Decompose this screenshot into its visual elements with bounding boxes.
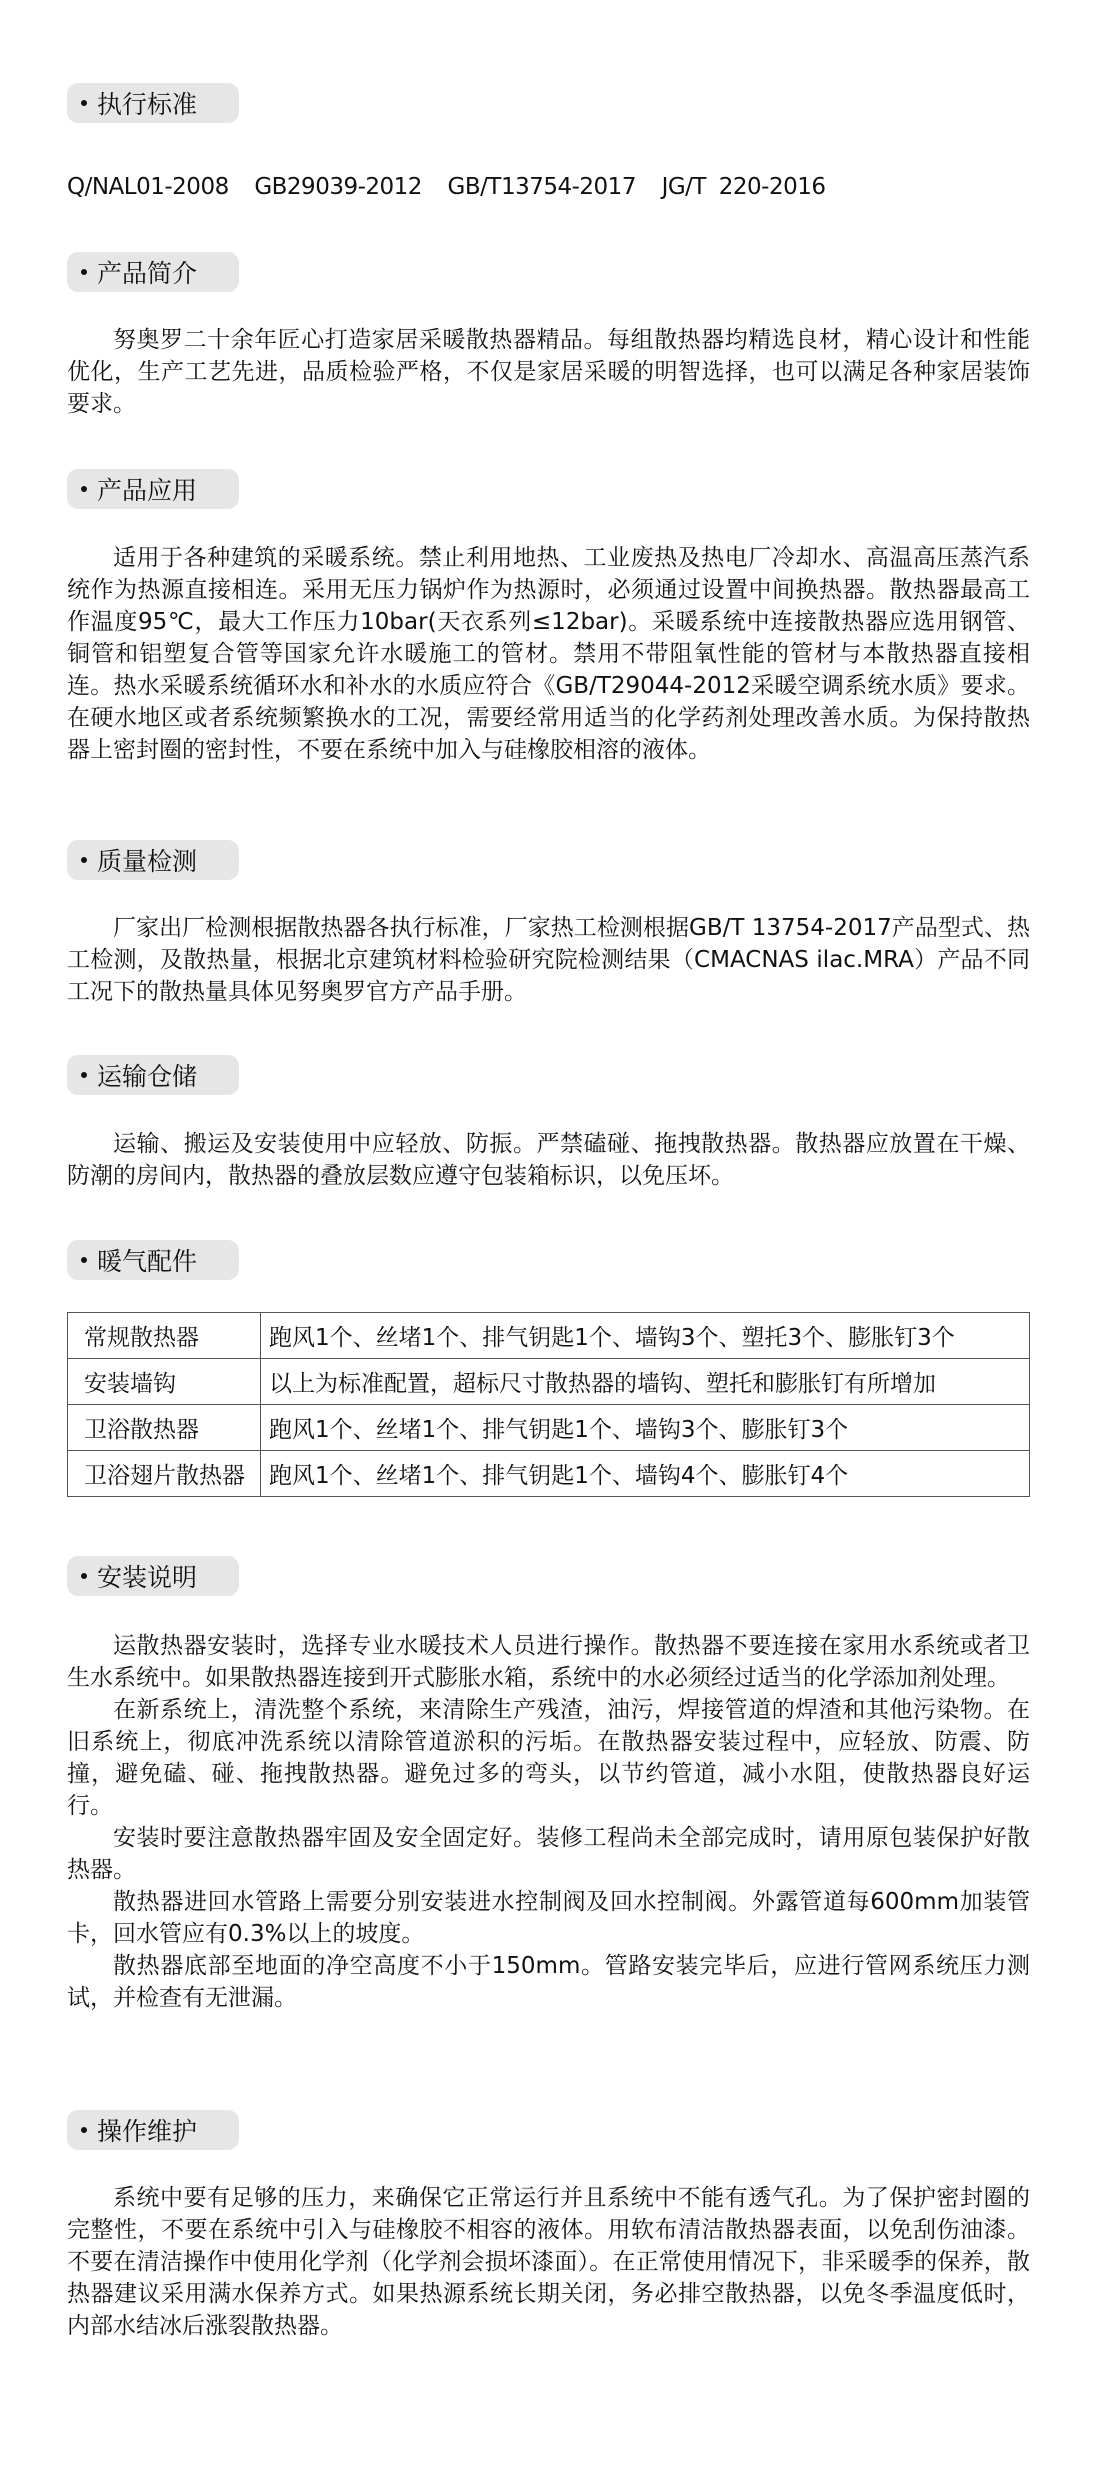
section-title: 暖气配件 (97, 1242, 197, 1278)
accessory-type: 常规散热器 (68, 1313, 261, 1359)
bullet-icon (81, 1573, 87, 1579)
accessory-type: 安装墙钩 (68, 1359, 261, 1405)
section-title: 产品简介 (97, 254, 197, 290)
bullet-icon (81, 1257, 87, 1263)
accessories-table: 常规散热器 跑风1个、丝堵1个、排气钥匙1个、墙钩3个、塑托3个、膨胀钉3个 安… (67, 1312, 1030, 1497)
table-row: 卫浴散热器 跑风1个、丝堵1个、排气钥匙1个、墙钩3个、膨胀钉3个 (68, 1405, 1030, 1451)
table-row: 常规散热器 跑风1个、丝堵1个、排气钥匙1个、墙钩3个、塑托3个、膨胀钉3个 (68, 1313, 1030, 1359)
section-title: 质量检测 (97, 842, 197, 878)
paragraph: 努奥罗二十余年匠心打造家居采暖散热器精品。每组散热器均精选良材，精心设计和性能优… (67, 324, 1030, 420)
bullet-icon (81, 1072, 87, 1078)
bullet-icon (81, 269, 87, 275)
installation-text: 运散热器安装时，选择专业水暖技术人员进行操作。散热器不要连接在家用水系统或者卫生… (67, 1630, 1030, 2014)
accessory-items: 跑风1个、丝堵1个、排气钥匙1个、墙钩3个、塑托3个、膨胀钉3个 (261, 1313, 1030, 1359)
section-heading-installation: 安装说明 (67, 1556, 239, 1596)
section-heading-application: 产品应用 (67, 469, 239, 509)
accessory-items: 跑风1个、丝堵1个、排气钥匙1个、墙钩4个、膨胀钉4个 (261, 1451, 1030, 1497)
accessory-items: 以上为标准配置，超标尺寸散热器的墙钩、塑托和膨胀钉有所增加 (261, 1359, 1030, 1405)
standards-list: Q/NAL01-2008 GB29039-2012 GB/T13754-2017… (67, 174, 826, 200)
section-heading-transport: 运输仓储 (67, 1055, 239, 1095)
transport-text: 运输、搬运及安装使用中应轻放、防振。严禁磕碰、拖拽散热器。散热器应放置在干燥、防… (67, 1128, 1030, 1192)
accessory-items: 跑风1个、丝堵1个、排气钥匙1个、墙钩3个、膨胀钉3个 (261, 1405, 1030, 1451)
application-text: 适用于各种建筑的采暖系统。禁止利用地热、工业废热及热电厂冷却水、高温高压蒸汽系统… (67, 542, 1030, 766)
section-heading-quality: 质量检测 (67, 840, 239, 880)
paragraph: 安装时要注意散热器牢固及安全固定好。装修工程尚未全部完成时，请用原包装保护好散热… (67, 1822, 1030, 1886)
paragraph: 厂家出厂检测根据散热器各执行标准，厂家热工检测根据GB/T 13754-2017… (67, 912, 1030, 1008)
paragraph: 适用于各种建筑的采暖系统。禁止利用地热、工业废热及热电厂冷却水、高温高压蒸汽系统… (67, 542, 1030, 766)
paragraph: 系统中要有足够的压力，来确保它正常运行并且系统中不能有透气孔。为了保护密封圈的完… (67, 2182, 1030, 2342)
section-heading-standards: 执行标准 (67, 83, 239, 123)
maintenance-text: 系统中要有足够的压力，来确保它正常运行并且系统中不能有透气孔。为了保护密封圈的完… (67, 2182, 1030, 2342)
section-title: 运输仓储 (97, 1057, 197, 1093)
table-row: 卫浴翅片散热器 跑风1个、丝堵1个、排气钥匙1个、墙钩4个、膨胀钉4个 (68, 1451, 1030, 1497)
paragraph: 散热器进回水管路上需要分别安装进水控制阀及回水控制阀。外露管道每600mm加装管… (67, 1886, 1030, 1950)
section-title: 安装说明 (97, 1558, 197, 1594)
bullet-icon (81, 857, 87, 863)
table-row: 安装墙钩 以上为标准配置，超标尺寸散热器的墙钩、塑托和膨胀钉有所增加 (68, 1359, 1030, 1405)
intro-text: 努奥罗二十余年匠心打造家居采暖散热器精品。每组散热器均精选良材，精心设计和性能优… (67, 324, 1030, 420)
section-title: 操作维护 (97, 2112, 197, 2148)
section-heading-maintenance: 操作维护 (67, 2110, 239, 2150)
accessory-type: 卫浴翅片散热器 (68, 1451, 261, 1497)
section-title: 执行标准 (97, 85, 197, 121)
quality-text: 厂家出厂检测根据散热器各执行标准，厂家热工检测根据GB/T 13754-2017… (67, 912, 1030, 1008)
paragraph: 散热器底部至地面的净空高度不小于150mm。管路安装完毕后，应进行管网系统压力测… (67, 1950, 1030, 2014)
bullet-icon (81, 2127, 87, 2133)
paragraph: 在新系统上，清洗整个系统，来清除生产残渣，油污，焊接管道的焊渣和其他污染物。在旧… (67, 1694, 1030, 1822)
paragraph: 运输、搬运及安装使用中应轻放、防振。严禁磕碰、拖拽散热器。散热器应放置在干燥、防… (67, 1128, 1030, 1192)
bullet-icon (81, 486, 87, 492)
accessory-type: 卫浴散热器 (68, 1405, 261, 1451)
section-heading-intro: 产品简介 (67, 252, 239, 292)
section-title: 产品应用 (97, 471, 197, 507)
paragraph: 运散热器安装时，选择专业水暖技术人员进行操作。散热器不要连接在家用水系统或者卫生… (67, 1630, 1030, 1694)
section-heading-accessories: 暖气配件 (67, 1240, 239, 1280)
bullet-icon (81, 100, 87, 106)
